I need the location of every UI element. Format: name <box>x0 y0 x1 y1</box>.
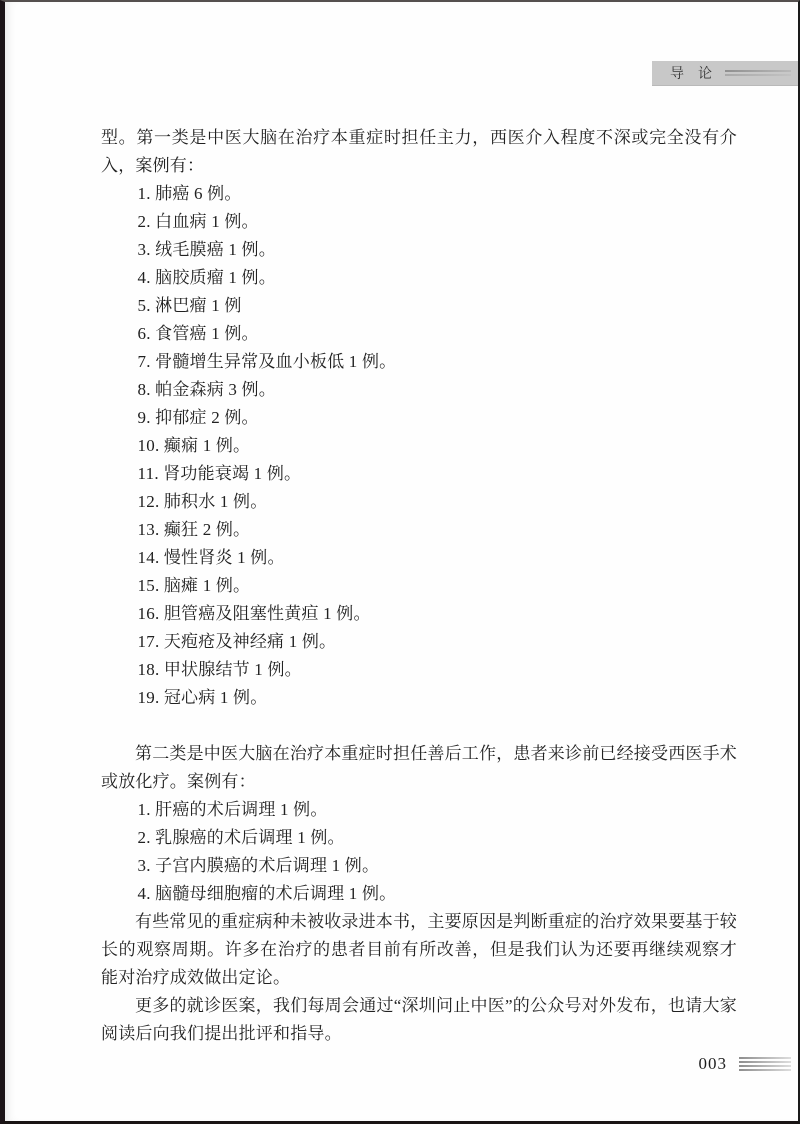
case-item: 10. 癫痫 1 例。 <box>101 432 737 460</box>
case-item: 2. 乳腺癌的术后调理 1 例。 <box>101 824 737 852</box>
header-rule-line <box>725 70 791 76</box>
para-category1-intro: 型。第一类是中医大脑在治疗本重症时担任主力，西医介入程度不深或完全没有介入，案例… <box>101 124 737 180</box>
case-item: 16. 胆管癌及阻塞性黄疸 1 例。 <box>101 600 737 628</box>
book-page: 导 论 型。第一类是中医大脑在治疗本重症时担任主力，西医介入程度不深或完全没有介… <box>0 0 800 1124</box>
case-list-category1: 1. 肺癌 6 例。 2. 白血病 1 例。 3. 绒毛膜癌 1 例。 4. 脑… <box>101 180 737 712</box>
case-item: 11. 肾功能衰竭 1 例。 <box>101 460 737 488</box>
case-item: 6. 食管癌 1 例。 <box>101 320 737 348</box>
case-item: 9. 抑郁症 2 例。 <box>101 404 737 432</box>
case-item: 2. 白血病 1 例。 <box>101 208 737 236</box>
case-item: 12. 肺积水 1 例。 <box>101 488 737 516</box>
para-public-account-note: 更多的就诊医案，我们每周会通过“深圳问止中医”的公众号对外发布，也请大家阅读后向… <box>101 992 737 1048</box>
case-item: 3. 子宫内膜癌的术后调理 1 例。 <box>101 852 737 880</box>
chapter-title: 导 论 <box>670 63 712 83</box>
footer-rule-lines <box>739 1055 791 1073</box>
case-item: 17. 天疱疮及神经痛 1 例。 <box>101 628 737 656</box>
case-item: 19. 冠心病 1 例。 <box>101 684 737 712</box>
para-category2-intro: 第二类是中医大脑在治疗本重症时担任善后工作，患者来诊前已经接受西医手术或放化疗。… <box>101 740 737 796</box>
case-item: 18. 甲状腺结节 1 例。 <box>101 656 737 684</box>
case-item: 13. 癫狂 2 例。 <box>101 516 737 544</box>
case-item: 4. 脑髓母细胞瘤的术后调理 1 例。 <box>101 880 737 908</box>
case-list-category2: 1. 肝癌的术后调理 1 例。 2. 乳腺癌的术后调理 1 例。 3. 子宫内膜… <box>101 796 737 908</box>
footer-rule <box>739 1065 791 1067</box>
footer-rule <box>739 1057 791 1059</box>
case-item: 4. 脑胶质瘤 1 例。 <box>101 264 737 292</box>
case-item: 1. 肝癌的术后调理 1 例。 <box>101 796 737 824</box>
case-item: 1. 肺癌 6 例。 <box>101 180 737 208</box>
footer-rule <box>739 1069 791 1071</box>
case-item: 8. 帕金森病 3 例。 <box>101 376 737 404</box>
page-number: 003 <box>699 1054 728 1074</box>
page-footer: 003 <box>699 1054 792 1074</box>
footer-rule <box>739 1061 791 1063</box>
chapter-header: 导 论 <box>652 61 798 86</box>
case-item: 7. 骨髓增生异常及血小板低 1 例。 <box>101 348 737 376</box>
page-body: 型。第一类是中医大脑在治疗本重症时担任主力，西医介入程度不深或完全没有介入，案例… <box>101 124 737 1048</box>
case-item: 15. 脑瘫 1 例。 <box>101 572 737 600</box>
para-observation-note: 有些常见的重症病种未被收录进本书，主要原因是判断重症的治疗效果要基于较长的观察周… <box>101 908 737 992</box>
case-item: 3. 绒毛膜癌 1 例。 <box>101 236 737 264</box>
case-item: 5. 淋巴瘤 1 例 <box>101 292 737 320</box>
case-item: 14. 慢性肾炎 1 例。 <box>101 544 737 572</box>
